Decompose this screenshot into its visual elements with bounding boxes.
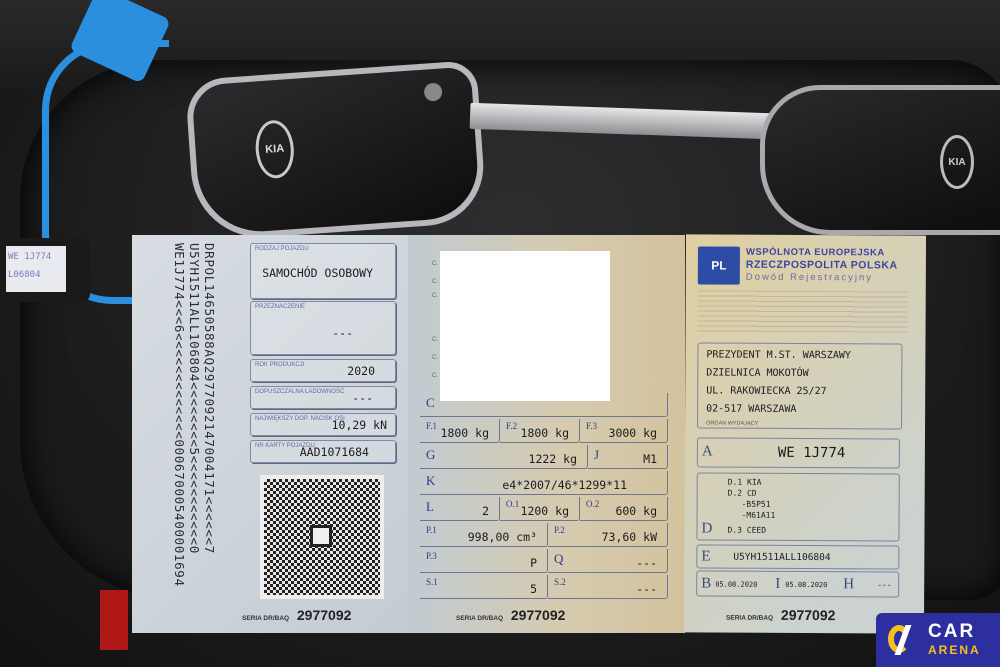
field-code: I	[775, 576, 780, 593]
issuer-line: 02-517 WARSZAWA	[706, 403, 796, 414]
series-value: 2977092	[781, 607, 836, 623]
c-label: C.	[432, 373, 438, 379]
field-purpose: Przeznaczenie ---	[250, 301, 396, 355]
series-number: SERIA DR/BAQ 2977092	[456, 607, 565, 623]
row-c: C	[420, 393, 668, 417]
key-tag-label: WE 1J774 L06804	[6, 246, 66, 292]
field-code: F.2	[506, 421, 517, 431]
field-j: JM1	[588, 445, 668, 469]
series-label: SERIA DR/BAQ	[456, 615, 503, 622]
field-f-1: F.11800 kg	[420, 419, 500, 443]
field-value: D.1 KIA	[728, 478, 762, 487]
field-value: 1800 kg	[441, 426, 489, 440]
field-value: 3000 kg	[609, 426, 657, 440]
field-code: H	[843, 576, 854, 593]
field-value: 73,60 kW	[602, 530, 657, 544]
field-value: ---	[877, 580, 892, 589]
redacted-area	[440, 251, 610, 401]
c-label: C.	[432, 261, 438, 267]
field-code: K	[426, 473, 435, 489]
seatbelt-buckle	[100, 590, 128, 650]
field-code: S.2	[554, 577, 566, 587]
issuing-authority: PREZYDENT M.ST. WARSZAWY DZIELNICA MOKOT…	[697, 342, 902, 429]
field-code: F.1	[426, 421, 437, 431]
field-code: B	[701, 575, 711, 592]
document-page-middle: C. C. C. C. C. C. C SERIA DR/BAQ 2977092…	[408, 235, 685, 633]
field-k: Ke4*2007/46*1299*11	[420, 471, 668, 495]
key-tag: WE 1J774 L06804	[0, 238, 90, 302]
c-label: C.	[432, 337, 438, 343]
header-line: WSPÓLNOTA EUROPEJSKA	[746, 247, 885, 259]
field-code: P.1	[426, 525, 437, 535]
issuer-line: UL. RAKOWIECKA 25/27	[706, 385, 826, 397]
field-value: WE 1J774	[778, 445, 846, 461]
field-value: 10,29 kN	[332, 418, 387, 432]
field-value: D.3 CEED	[727, 526, 766, 535]
field-load-capacity: Dopuszczalna ładowność ---	[250, 386, 396, 409]
field-a-registration: A WE 1J774	[697, 437, 900, 468]
field-value: ---	[636, 556, 657, 570]
field-value: 05.08.2020	[715, 581, 757, 589]
qr-code	[260, 475, 384, 599]
field-production-year: Rok produkcji 2020	[250, 359, 396, 382]
field-vehicle-type: Rodzaj pojazdu SAMOCHÓD OSOBOWY	[250, 243, 396, 299]
field-b-dates: B 05.08.2020 I 05.08.2020 H ---	[696, 570, 899, 597]
document-page-right: PL WSPÓLNOTA EUROPEJSKA RZECZPOSPOLITA P…	[684, 234, 926, 633]
brand-line2: ARENA	[928, 643, 981, 657]
field-value: P	[530, 556, 537, 570]
c-label: C.	[432, 279, 438, 285]
field-code: E	[701, 548, 710, 565]
field-value: U5YH1511ALL106804	[733, 552, 830, 564]
field-code: Q	[554, 551, 563, 567]
field-value: D.2 CD	[728, 489, 757, 498]
issuer-caption: ORGAN WYDAJĄCY	[706, 420, 758, 426]
fine-print	[698, 290, 908, 335]
series-value: 2977092	[511, 607, 566, 623]
key-tag-line: L06804	[8, 266, 64, 284]
field-code: D	[701, 520, 712, 537]
field-code: O.1	[506, 499, 519, 509]
c-label: C.	[432, 355, 438, 361]
eu-flag-icon: PL	[698, 246, 740, 284]
field-p-1: P.1998,00 cm³	[420, 523, 548, 547]
series-value: 2977092	[297, 607, 352, 623]
mrz-line: U5YH1511ALL106804<<<<<<<<5<<<<<<<<<<<0	[187, 243, 202, 587]
field-value: -B5P51	[742, 500, 771, 509]
field-code: S.1	[426, 577, 438, 587]
field-value: M1	[643, 452, 657, 466]
field-value: ---	[636, 582, 657, 596]
field-p-2: P.273,60 kW	[548, 523, 668, 547]
field-label: Dopuszczalna ładowność	[255, 389, 344, 396]
document-page-left: DRPOL14650588AQ2977092147004171<<<<<<7 U…	[132, 235, 408, 633]
issuer-line: PREZYDENT M.ST. WARSZAWY	[706, 349, 851, 361]
field-g: G1222 kg	[420, 445, 588, 469]
field-value: 998,00 cm³	[468, 530, 537, 544]
field-label: Rok produkcji	[255, 362, 304, 369]
key-tag-line: WE 1J774	[8, 248, 64, 266]
field-o-2: O.2600 kg	[580, 497, 668, 521]
mrz-code: DRPOL14650588AQ2977092147004171<<<<<<7 U…	[172, 243, 217, 587]
issuer-line: DZIELNICA MOKOTÓW	[706, 367, 808, 379]
field-o-1: O.11200 kg	[500, 497, 580, 521]
field-l: L2	[420, 497, 500, 521]
field-e-vin: E U5YH1511ALL106804	[696, 544, 899, 569]
field-value: AAD1071684	[300, 445, 369, 459]
field-code: L	[426, 499, 434, 515]
field-s-1: S.15	[420, 575, 548, 599]
series-number: SERIA DR/BAQ 2977092	[726, 607, 835, 624]
field-value: 1222 kg	[529, 452, 577, 466]
car-arena-watermark: CAR ARENA	[876, 613, 1000, 667]
field-code: P.2	[554, 525, 565, 535]
field-code: F.3	[586, 421, 597, 431]
field-value: ---	[352, 391, 373, 405]
field-value: SAMOCHÓD OSOBOWY	[262, 266, 373, 280]
mrz-line: DRPOL14650588AQ2977092147004171<<<<<<7	[202, 243, 217, 587]
key-button	[424, 82, 443, 101]
field-value: 5	[530, 582, 537, 596]
field-value: e4*2007/46*1299*11	[502, 478, 627, 492]
field-axle-load: Największy dop. nacisk osi 10,29 kN	[250, 413, 396, 436]
field-s-2: S.2---	[548, 575, 668, 599]
field-q: Q---	[548, 549, 668, 573]
field-value: 600 kg	[615, 504, 657, 518]
field-code: O.2	[586, 499, 599, 509]
car-key-left: KIA	[185, 60, 488, 242]
field-p-3: P.3P	[420, 549, 548, 573]
field-value: 2020	[347, 364, 375, 378]
kia-logo-icon: KIA	[940, 135, 974, 189]
field-code: P.3	[426, 551, 437, 561]
field-value: 2	[482, 504, 489, 518]
field-f-3: F.33000 kg	[580, 419, 668, 443]
header-line: Dowód Rejestracyjny	[746, 272, 873, 284]
field-f-2: F.21800 kg	[500, 419, 580, 443]
field-code: J	[594, 447, 599, 463]
field-value: 05.08.2020	[785, 581, 827, 589]
mrz-line: WE1J774<<<6<<<<<<<<<<<<<0006700054000016…	[172, 243, 187, 587]
field-code: G	[426, 447, 435, 463]
field-value: -M61A11	[742, 511, 776, 520]
series-label: SERIA DR/BAQ	[726, 615, 773, 622]
field-value: 1800 kg	[521, 426, 569, 440]
field-value: ---	[332, 326, 353, 340]
brand-line1: CAR	[928, 621, 975, 643]
header-line: RZECZPOSPOLITA POLSKA	[746, 259, 898, 272]
field-value: 1200 kg	[521, 504, 569, 518]
field-label: Rodzaj pojazdu	[255, 246, 309, 253]
field-label: Przeznaczenie	[255, 304, 305, 311]
c-label: C.	[432, 293, 438, 299]
field-code: A	[702, 443, 713, 460]
car-key-right: KIA	[760, 85, 1000, 235]
series-label: SERIA DR/BAQ	[242, 615, 289, 622]
field-d-make-model: D D.1 KIA D.2 CD -B5P51 -M61A11 D.3 CEED	[696, 472, 899, 541]
field-code: C	[426, 395, 435, 411]
kia-logo-icon: KIA	[254, 119, 296, 180]
field-vehicle-card-number: Nr karty pojazdu AAD1071684	[250, 440, 396, 463]
series-number: SERIA DR/BAQ 2977092	[242, 607, 351, 623]
